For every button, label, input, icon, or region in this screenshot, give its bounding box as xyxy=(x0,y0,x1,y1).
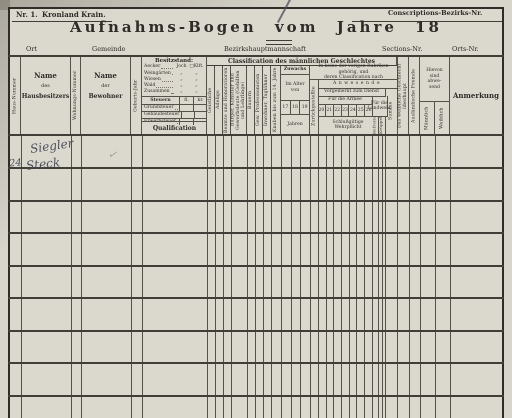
steuern-box: Steuern fl. kr. Grundsteuer Gebäudesteue… xyxy=(142,96,207,122)
handwritten-house-number: 24 xyxy=(9,158,22,170)
grid-line-v xyxy=(263,136,264,418)
owner-line1: Name xyxy=(21,71,70,80)
wehrpflicht-cell: Schlußgiltige Wehrpflicht xyxy=(318,116,379,134)
besitzstand-row: Wiesen „ „ xyxy=(144,76,204,82)
right-block-title: In keine der vorigen Rubriken gehörig, u… xyxy=(310,66,397,80)
grid-line-h xyxy=(8,200,504,202)
grid-line-v xyxy=(378,136,379,418)
grid-line-v xyxy=(372,136,373,418)
form-number: Nr. 1. xyxy=(16,10,38,19)
sections-nr-label: Sections-Nr. xyxy=(382,45,422,53)
qualification-label: Qualification xyxy=(142,121,207,135)
grid-line-v xyxy=(385,136,386,418)
steuern-title: Steuern xyxy=(142,98,179,104)
class-col-taglöhner: Inwohner, Taglöhner xyxy=(263,66,271,134)
class-col-knaben: Knaben bis zum 14. Jahre xyxy=(271,66,281,134)
grid-line-v xyxy=(142,136,143,418)
grid-line-v xyxy=(420,136,421,418)
grid-line-v xyxy=(397,136,398,418)
class-col-buerger: Bürger, Künstler und Gewerbsleute (Gehil… xyxy=(231,66,247,134)
owner-line2: des xyxy=(21,83,70,89)
zuwachs-title: Zuwachs xyxy=(281,66,309,75)
besitzstand-title: Besitzstand: xyxy=(142,57,206,64)
besitzstand-row: Wald „ „ xyxy=(144,83,204,89)
anmerkung-header: Anmerkung xyxy=(450,57,502,134)
haus-nummer-label: Haus-Nummer xyxy=(10,57,20,134)
hievon-title: Hievonsind abwe-send xyxy=(420,57,449,101)
maennlich-col: Männlich xyxy=(420,102,435,135)
class-col-geistliche: Geistliche xyxy=(207,66,215,134)
grid-line-v xyxy=(21,136,22,418)
zuwachs-group: Zuwachs Im Alter von 171819 Jahren xyxy=(281,66,310,134)
bewohner-line1: Name xyxy=(81,71,130,80)
class-col-bauern: Bauern xyxy=(247,66,255,134)
grid-line-h xyxy=(8,297,504,299)
grid-line-v xyxy=(271,136,272,418)
grid-line-v xyxy=(356,136,357,418)
steuern-row: Grundsteuer xyxy=(142,104,207,111)
grid-line-v xyxy=(255,136,256,418)
form-title: Aufnahms-Bogen vom Jahre 18 xyxy=(70,17,442,37)
besitzstand-box: Besitzstand: Aecker Joch □Klft. Weingärt… xyxy=(142,57,207,134)
col-weiblich-gesamt: Das weibliche Geschlecht überhaupt xyxy=(397,57,409,134)
grid-line-v xyxy=(207,136,208,418)
grid-line-h xyxy=(8,265,504,267)
col-hausbesitzer: Name des Hausbesitzers xyxy=(21,57,71,134)
bewohner-line3: Bewohner xyxy=(81,93,130,100)
grid-line-v xyxy=(71,136,72,418)
col-haus-nummer: Haus-Nummer xyxy=(10,57,21,134)
grid-line-v xyxy=(333,136,334,418)
grid-line-v xyxy=(223,136,224,418)
grid-line-v xyxy=(318,136,319,418)
hievon-subcols: Männlich Weiblich xyxy=(420,101,449,135)
wohnungs-nummer-label: Wohnungs-Nummer xyxy=(71,57,80,134)
bewohner-line2: der xyxy=(81,83,130,89)
summe-col: Summe xyxy=(385,88,397,134)
class-col-professionisten: Gew. Professionisten xyxy=(255,66,263,134)
grid-line-v xyxy=(435,136,436,418)
check-mark: ✓ xyxy=(107,147,118,161)
owner-line3: Hausbesitzers xyxy=(21,93,70,100)
col-bewohner: Name der Bewohner xyxy=(81,57,131,134)
col-geburtsjahr: Geburts-Jahr xyxy=(131,57,142,134)
grid-line-v xyxy=(247,136,248,418)
grid-line-v xyxy=(382,136,383,418)
grid-line-v xyxy=(81,136,82,418)
fl-header: fl. xyxy=(179,97,193,104)
grid-line-v xyxy=(349,136,350,418)
grid-line-h xyxy=(8,167,504,169)
grid-line-v xyxy=(364,136,365,418)
grid-line-h xyxy=(8,232,504,234)
ort-label: Ort xyxy=(26,45,37,53)
besitzstand-row: Weingärten „ „ xyxy=(144,70,204,76)
steuern-row: Gebäudesteuer xyxy=(142,111,207,118)
zuwachs-alter: Im Alter von xyxy=(281,75,309,100)
orts-nr-label: Orts-Nr. xyxy=(452,45,479,53)
grid-line-v xyxy=(310,136,311,418)
grid-line-h xyxy=(8,330,504,332)
grid-line-v xyxy=(409,136,410,418)
conscription-label: Conscriptions-Bezirks-Nr. xyxy=(388,9,482,17)
besitzstand-row: Aecker Joch □Klft. xyxy=(144,64,204,70)
hievon-group: Hievonsind abwe-send Männlich Weiblich xyxy=(420,57,450,134)
zuwachs-years: 171819 xyxy=(281,100,309,115)
class-col-adelige: Adelige xyxy=(215,66,223,134)
besitzstand-row: Zusammen „ „ xyxy=(144,89,204,95)
zuwachs-jahren: Jahren xyxy=(281,115,309,134)
grid-line-v xyxy=(131,136,132,418)
weiblich-col: Weiblich xyxy=(435,102,449,135)
grid-line-v xyxy=(291,136,292,418)
joch-header: Joch xyxy=(174,64,189,70)
geburtsjahr-label: Geburts-Jahr xyxy=(131,57,141,134)
right-block: In keine der vorigen Rubriken gehörig, u… xyxy=(310,66,397,134)
gemeinde-label: Gemeinde xyxy=(92,45,125,53)
grid-line-v xyxy=(326,136,327,418)
census-form-sheet: Nr. 1. Kronland Krain. Conscriptions-Bez… xyxy=(0,0,512,418)
grid-line-v xyxy=(215,136,216,418)
grid-line-v xyxy=(341,136,342,418)
grid-line-h xyxy=(8,362,504,364)
col-wohnungs-nummer: Wohnungs-Nummer xyxy=(71,57,81,134)
grid-line-h xyxy=(8,395,504,397)
body-grid xyxy=(8,136,504,418)
grid-line-v xyxy=(300,136,301,418)
grid-line-v xyxy=(231,136,232,418)
grid-line-v xyxy=(450,136,451,418)
klafter-header: □Klft. xyxy=(189,64,204,70)
col-fremde: Ausländische Fremde xyxy=(409,57,420,134)
kr-header: kr. xyxy=(193,97,207,104)
bezirk-label: Bezirkshauptmannschaft xyxy=(200,45,330,53)
grid-line-v xyxy=(281,136,282,418)
